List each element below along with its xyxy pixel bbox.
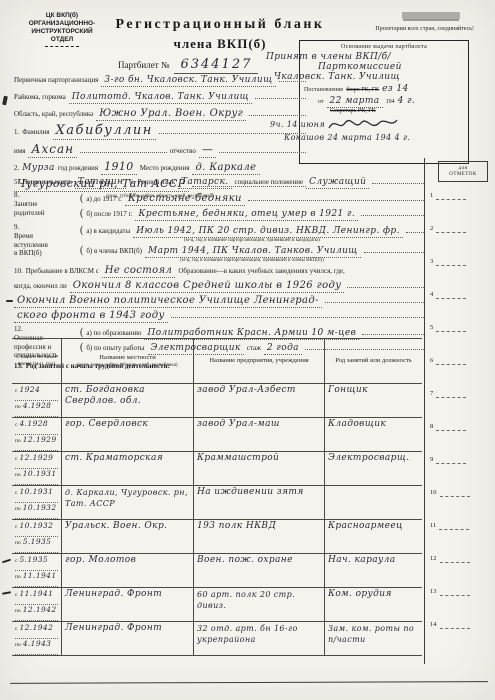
blank-line xyxy=(440,621,470,629)
handwritten-value: 5.1935 xyxy=(23,537,52,546)
resolution-struck-text: бюро РК, ГК xyxy=(346,87,379,95)
title-line1: Регистрационный бланк xyxy=(100,17,340,33)
note-number: 13 xyxy=(430,588,437,595)
note-slot: 8 xyxy=(430,423,490,456)
cell-locality: Ленинград. Фронт xyxy=(62,622,194,655)
date-from: с4.1928 xyxy=(15,419,58,435)
blank-line xyxy=(440,489,470,497)
cell-role: Кладовщик xyxy=(325,418,422,451)
blank-line xyxy=(440,555,470,563)
sub-line-b: б) в члены ВКП(б) Март 1944, ПК Чкалов. … xyxy=(80,243,424,258)
note-slot: 13 xyxy=(430,588,490,621)
handwritten-value: 60 арт. полк 20 стр. дивиз. xyxy=(197,589,321,611)
table-row: с10.1932 по5.1935 Уральск. Воен. Окр. 19… xyxy=(12,520,422,554)
cell-role: Красноармеец xyxy=(325,520,422,553)
from-label: с xyxy=(15,592,17,599)
handwritten-value: 11.1941 xyxy=(23,571,57,580)
table-row: с4.1928 по12.1929 гор. Свердловск завод … xyxy=(12,418,422,452)
handwritten-value: 1910 xyxy=(101,160,137,175)
handwritten-value: 4 г. xyxy=(398,96,416,106)
field-raikom: Райкома, горкома Политотд. Чкалов. Танк.… xyxy=(14,89,306,104)
header-text: Название местности xyxy=(99,354,155,362)
org-block-line: ОРГАНИЗАЦИОННО- xyxy=(16,20,108,28)
cell-locality: д. Каркали, Чугуровск. рн, Тат. АССР xyxy=(62,486,194,519)
scan-mark xyxy=(2,591,11,595)
note-number: 1 xyxy=(430,192,433,199)
note-slot: 4 xyxy=(430,291,490,324)
note-number: 10 xyxy=(430,489,437,496)
handwritten-value: 5.1935 xyxy=(19,555,48,564)
scanned-registration-form: ЦК ВКП(б) ОРГАНИЗАЦИОННО- ИНСТРУКТОРСКИЙ… xyxy=(0,0,495,700)
date-to: по4.1928 xyxy=(15,401,58,417)
handwritten-value: Июль 1942, ПК 20 стр. дивиз. НКВД. Ленин… xyxy=(133,226,403,238)
note-number: 7 xyxy=(430,390,433,397)
blank-line xyxy=(436,258,466,266)
note-number: 8 xyxy=(430,423,433,430)
handwritten-value: ст. Богдановка Свердлов. обл. xyxy=(65,385,190,407)
handwritten-value: 10.1931 xyxy=(19,487,53,496)
field-label: год рождения xyxy=(58,164,98,173)
cell-enterprise: завод Урал-Азбест xyxy=(194,384,325,417)
date-from: с12.1942 xyxy=(15,623,58,639)
cell-enterprise: 60 арт. полк 20 стр. дивиз. xyxy=(194,588,325,621)
note-number: 6 xyxy=(430,357,433,364)
field-label: Область, край, республика xyxy=(14,110,93,119)
handwritten-value: Служащий xyxy=(306,177,369,189)
date-to: по12.1942 xyxy=(15,605,58,621)
blank-line xyxy=(219,143,306,153)
item-number: 2. xyxy=(14,164,19,173)
from-label: с xyxy=(15,388,17,395)
blank-line xyxy=(325,293,424,303)
date-from: с1924 xyxy=(15,385,58,401)
year-printed: 194 xyxy=(386,99,395,107)
handwritten-value: 4.1943 xyxy=(23,639,52,648)
org-block-line: ЦК ВКП(б) xyxy=(16,12,108,20)
field-label: Родной язык xyxy=(138,178,175,187)
handwritten-value: Не состоял xyxy=(102,265,176,278)
to-label: по xyxy=(15,540,21,547)
from-label: с xyxy=(15,558,17,565)
sub-line-b: б) после 1917 г. Крестьяне, бедняки, оте… xyxy=(80,206,424,221)
date-from: с12.1929 xyxy=(15,453,58,469)
table-row: с10.1931 по10.1932 д. Каркали, Чугуровск… xyxy=(12,486,422,520)
col-header-period: С какого по какое время (м-ц, год) xyxy=(12,339,62,383)
handwritten-value: Окончил 8 классов Средней школы в 1926 г… xyxy=(70,280,345,293)
field-education-line2: Окончил Военно политическое Училище Лени… xyxy=(14,293,424,308)
notes-label-line: ОТМЕТОК xyxy=(439,172,487,178)
cell-enterprise: завод Урал-маш xyxy=(194,418,325,451)
field-label: в ВКП(б) xyxy=(14,249,76,258)
blank-line xyxy=(436,423,466,431)
handwritten-value: Татарск. xyxy=(178,177,232,189)
issue-box-heading: Основание выдачи партбилета xyxy=(304,44,464,50)
handwritten-value: Окончил Военно политическое Училище Лени… xyxy=(14,295,322,308)
blank-line xyxy=(279,72,306,82)
handwritten-value: Крестьяне-бедняки xyxy=(125,193,245,206)
header-text: С какого по какое время (м-ц, год) xyxy=(14,354,59,368)
handwritten-value: Парткомиссией xyxy=(318,62,464,72)
cell-enterprise: Краммашстрой xyxy=(194,452,325,485)
handwritten-value: Красноармеец xyxy=(328,521,419,532)
handwritten-value: Уральск. Воен. Окр. xyxy=(65,521,190,532)
handwritten-value: Ленинград. Фронт xyxy=(65,623,190,634)
resolution-line: Постановление бюро РК, ГК ез 14 xyxy=(304,84,464,95)
blank-line xyxy=(436,390,466,398)
field-education-line3: ского фронта в 1943 году xyxy=(14,308,424,323)
group-label: 8. Занятие родителей xyxy=(14,191,76,221)
group-lines: а) до 1917 г. Крестьяне-бедняки б) после… xyxy=(80,191,424,221)
cell-role: Нач. караула xyxy=(325,554,422,587)
blank-line xyxy=(362,325,424,335)
handwritten-value: 12.1929 xyxy=(19,453,53,462)
form-number-smudge xyxy=(402,12,460,19)
field-surname: 1. Фамилия Хабибуллин xyxy=(14,123,306,140)
handwritten-value: д. Каркали, Чугуровск. рн, Тат. АССР xyxy=(65,487,190,509)
header-caption: (село, город, район, область, край, респ… xyxy=(77,363,177,368)
cell-locality: ст. Богдановка Свердлов. обл. xyxy=(62,384,194,417)
slogan: Пролетарии всех стран, соединяйтесь! xyxy=(318,26,474,32)
field-label: Место рождения xyxy=(140,164,190,173)
field-label: отчество xyxy=(170,147,196,156)
handwritten-value: Принят в члены ВКП/б/ xyxy=(266,52,464,62)
blank-line xyxy=(436,456,466,464)
field-label: б) после 1917 г. xyxy=(86,210,132,219)
field-label: Образование—в каких учебных заведениях у… xyxy=(178,267,344,276)
handwritten-value: 4.1928 xyxy=(19,419,48,428)
handwritten-value: 32 отд. арт. бн 16-го укрепрайона xyxy=(197,623,321,645)
blank-line xyxy=(406,223,424,233)
cell-period: с12.1929 по10.1931 xyxy=(12,452,62,485)
handwritten-value: Татарин xyxy=(75,177,127,189)
field-label: Райкома, горкома xyxy=(14,93,66,102)
handwritten-value: Ком. орудия xyxy=(328,589,419,600)
date-to: по12.1929 xyxy=(15,435,58,451)
col-header-role: Род занятий или должность xyxy=(325,339,422,383)
from-label: с xyxy=(15,524,17,531)
item-number: 10. xyxy=(14,267,23,276)
field-caption: (м-ц, год и название парторганизации, пр… xyxy=(80,258,424,263)
handwritten-value: 1924 xyxy=(19,385,40,394)
cell-locality: Ленинград. Фронт xyxy=(62,588,194,621)
handwritten-value: Мурза xyxy=(22,163,54,173)
blank-line xyxy=(249,106,306,116)
to-label: по xyxy=(15,574,21,581)
blank-line xyxy=(364,243,424,253)
cell-period: с10.1931 по10.1932 xyxy=(12,486,62,519)
handwritten-value: 22 марта xyxy=(327,96,383,108)
item-number: 5. xyxy=(14,178,19,187)
handwritten-value: Зам. ком. роты по п/части xyxy=(328,623,419,645)
to-label: по xyxy=(15,506,21,513)
handwritten-value: ез 14 xyxy=(382,84,409,94)
field-primary-org: Первичная парторганизация 3-го бн. Чкало… xyxy=(14,72,306,87)
field-party-entry: 9. Время вступления в ВКП(б) а) в кандид… xyxy=(14,223,424,263)
resolution-label: Постановление xyxy=(304,87,343,95)
cell-enterprise: 32 отд. арт. бн 16-го укрепрайона xyxy=(194,622,325,655)
cell-locality: Уральск. Воен. Окр. xyxy=(62,520,194,553)
cell-period: с10.1932 по5.1935 xyxy=(12,520,62,553)
item-number: 6. xyxy=(129,178,134,187)
date-to: по10.1932 xyxy=(15,503,58,519)
field-parents-occupation: 8. Занятие родителей а) до 1917 г. Крест… xyxy=(14,191,424,221)
handwritten-value: Хабибуллин xyxy=(53,123,156,140)
blank-line xyxy=(372,174,424,184)
item-number: 8. xyxy=(14,191,76,200)
blank-line xyxy=(436,291,466,299)
blank-line xyxy=(171,308,424,318)
note-number: 9 xyxy=(430,456,433,463)
sub-line-a: а) до 1917 г. Крестьяне-бедняки xyxy=(80,191,424,206)
field-label: когда, окончил ли xyxy=(14,282,67,291)
cell-role: Электросварщ. xyxy=(325,452,422,485)
table-row: с5.1935 по11.1941 гор. Молотов Воен. пож… xyxy=(12,554,422,588)
employment-table: С какого по какое время (м-ц, год) Назва… xyxy=(12,338,422,656)
handwritten-value: Ленинград. Фронт xyxy=(65,589,190,600)
note-number: 2 xyxy=(430,225,433,232)
scan-mark xyxy=(2,96,8,106)
group-label: 9. Время вступления в ВКП(б) xyxy=(14,223,76,263)
field-name-patronymic: имя Ахсан отчество — xyxy=(14,142,306,158)
table-row: с12.1929 по10.1931 ст. Краматорская Крам… xyxy=(12,452,422,486)
col-header-enterprise: Название предприятия, учреждения xyxy=(194,339,325,383)
date-to: по5.1935 xyxy=(15,537,58,553)
cell-enterprise: 193 полк НКВД xyxy=(194,520,325,553)
to-label: по xyxy=(15,438,21,445)
note-slot: 1 xyxy=(430,192,490,225)
note-number: 12 xyxy=(430,555,437,562)
handwritten-value: ского фронта в 1943 году xyxy=(14,310,168,323)
note-number: 5 xyxy=(430,324,433,331)
cell-role xyxy=(325,486,422,519)
note-slot: 2 xyxy=(430,225,490,258)
date-from: с11.1941 xyxy=(15,589,58,605)
cell-enterprise: На иждивении зятя xyxy=(194,486,325,519)
handwritten-value: 10.1931 xyxy=(23,469,57,478)
handwritten-value: гор. Молотов xyxy=(65,555,190,566)
item-number: 9. xyxy=(14,223,76,232)
notes-number-list: 1 2 3 4 5 6 7 8 9 10 11 12 13 14 xyxy=(430,192,490,654)
header-text: Род занятий или должность xyxy=(335,357,411,365)
field-label: а) до 1917 г. xyxy=(86,195,122,204)
handwritten-value: Крестьяне, бедняки, отец умер в 1921 г. xyxy=(135,209,358,221)
blank-line xyxy=(80,143,167,153)
cell-locality: ст. Краматорская xyxy=(62,452,194,485)
handwritten-value: 10.1932 xyxy=(19,521,53,530)
handwritten-value: 11.1941 xyxy=(19,589,53,598)
note-number: 4 xyxy=(430,291,433,298)
field-label: а) в кандидаты xyxy=(86,227,130,236)
cell-period: с11.1941 по12.1942 xyxy=(12,588,62,621)
cell-period: с12.1942 по4.1943 xyxy=(12,622,62,655)
table-row: с1924 по4.1928 ст. Богдановка Свердлов. … xyxy=(12,384,422,418)
note-slot: 3 xyxy=(430,258,490,291)
cell-role: Ком. орудия xyxy=(325,588,422,621)
to-label: по xyxy=(15,404,21,411)
blank-line xyxy=(159,124,306,134)
blank-line xyxy=(361,206,424,216)
table-row: с11.1941 по12.1942 Ленинград. Фронт 60 а… xyxy=(12,588,422,622)
date-from: с5.1935 xyxy=(15,555,58,571)
handwritten-value: 4.1928 xyxy=(23,401,52,410)
col-header-locality: Название местности (село, город, район, … xyxy=(62,339,194,383)
field-label: вступления xyxy=(14,241,76,250)
blank-line xyxy=(255,89,306,99)
field-label: родителей xyxy=(14,209,76,218)
field-region: Область, край, республика Южно Урал. Вое… xyxy=(14,106,306,121)
field-label: Время xyxy=(14,232,76,241)
note-slot: 10 xyxy=(430,489,490,522)
handwritten-value: 193 полк НКВД xyxy=(197,521,321,532)
notes-column-rule xyxy=(424,158,425,664)
date-from: с10.1931 xyxy=(15,487,58,503)
field-birth: 2. Мурза год рождения 1910 Место рождени… xyxy=(14,160,306,175)
cell-locality: гор. Молотов xyxy=(62,554,194,587)
note-slot: 14 xyxy=(430,621,490,654)
field-label: Пребывание в ВЛКСМ с xyxy=(26,267,99,276)
item-number: 12. xyxy=(14,325,76,334)
blank-line xyxy=(347,278,424,288)
handwritten-value: Воен. пож. охране xyxy=(197,555,321,566)
note-slot: 11 xyxy=(430,522,490,555)
from-label: с xyxy=(15,490,17,497)
handwritten-value: Краммашстрой xyxy=(197,453,321,464)
blank-line xyxy=(439,522,469,530)
to-label: по xyxy=(15,608,21,615)
blank-line xyxy=(248,191,424,201)
note-number: 11 xyxy=(430,522,436,529)
org-block-line: ОТДЕЛ xyxy=(16,36,108,44)
note-slot: 6 xyxy=(430,357,490,390)
handwritten-value: Март 1944, ПК Чкалов. Танков. Училищ xyxy=(145,246,361,258)
date-to: по10.1931 xyxy=(15,469,58,485)
to-label: по xyxy=(15,642,21,649)
cell-period: с5.1935 по11.1941 xyxy=(12,554,62,587)
blank-line xyxy=(436,192,466,200)
handwritten-value: Ахсан xyxy=(28,142,77,158)
handwritten-value: 12.1942 xyxy=(23,605,57,614)
partbilet-label: Партбилет № xyxy=(118,60,169,70)
group-lines: а) в кандидаты Июль 1942, ПК 20 стр. див… xyxy=(80,223,424,263)
handwritten-value: 12.1929 xyxy=(23,435,57,444)
table-header-row: С какого по какое время (м-ц, год) Назва… xyxy=(12,339,422,384)
handwritten-value: Кокашов 24 марта 194 4 г. xyxy=(284,133,464,142)
handwritten-value: На иждивении зятя xyxy=(197,487,321,498)
blank-line xyxy=(436,357,466,365)
field-label: а) по образованию xyxy=(86,329,141,338)
cell-locality: гор. Свердловск xyxy=(62,418,194,451)
secretary-signature xyxy=(327,115,399,133)
from-label: от xyxy=(318,99,324,107)
note-number: 14 xyxy=(430,621,437,628)
handwritten-value: 12.1942 xyxy=(19,623,53,632)
to-label: по xyxy=(15,472,21,479)
handwritten-value: Политотд. Чкалов. Танк. Училищ xyxy=(69,92,252,104)
note-number: 3 xyxy=(430,258,433,265)
resolution-date-line: от 22 марта 194 4 г. xyxy=(304,96,464,108)
handwritten-value: Электросварщ. xyxy=(328,453,419,464)
handwritten-value: завод Урал-маш xyxy=(197,419,321,430)
handwritten-value: Нач. караула xyxy=(328,555,419,566)
field-label: б) в члены ВКП(б) xyxy=(86,247,142,256)
from-label: с xyxy=(15,422,17,429)
field-label: Первичная парторганизация xyxy=(14,76,98,85)
header-text: Название предприятия, учреждения xyxy=(209,357,308,365)
cell-role: Зам. ком. роты по п/части xyxy=(325,622,422,655)
blank-line xyxy=(436,225,466,233)
field-education-line1: когда, окончил ли Окончил 8 классов Сред… xyxy=(14,278,424,293)
scan-mark xyxy=(6,300,13,302)
notes-column-label: для ОТМЕТОК xyxy=(438,161,488,182)
bottom-rule xyxy=(10,681,488,684)
cell-role: Гонщик xyxy=(325,384,422,417)
table-row: с12.1942 по4.1943 Ленинград. Фронт 32 от… xyxy=(12,622,422,656)
handwritten-value: — xyxy=(199,143,216,158)
cell-enterprise: Воен. пож. охране xyxy=(194,554,325,587)
handwritten-value: 10.1932 xyxy=(23,503,57,512)
handwritten-value: Гонщик xyxy=(328,385,419,396)
scan-mark xyxy=(2,559,11,564)
secretary-struck-text: Секретарь РК, ГК xyxy=(330,108,464,116)
field-label: Фамилия xyxy=(22,128,49,137)
date-to: по4.1943 xyxy=(15,639,58,655)
note-slot: 5 xyxy=(430,324,490,357)
from-label: с xyxy=(15,626,17,633)
field-komsomol: 10. Пребывание в ВЛКСМ с Не состоял Обра… xyxy=(14,265,424,278)
field-label: Национальность xyxy=(22,178,72,187)
field-label: имя xyxy=(14,147,25,156)
item-number: 1. xyxy=(14,128,19,137)
handwritten-value: завод Урал-Азбест xyxy=(197,385,321,396)
cell-period: с1924 по4.1928 xyxy=(12,384,62,417)
note-slot: 9 xyxy=(430,456,490,489)
date-from: с10.1932 xyxy=(15,521,58,537)
handwritten-value: гор. Свердловск xyxy=(65,419,190,430)
field-label: Занятие xyxy=(14,200,76,209)
org-block-line: ИНСТРУКТОРСКИЙ xyxy=(16,28,108,36)
from-label: с xyxy=(15,456,17,463)
note-slot: 12 xyxy=(430,555,490,588)
sub-line-a: а) в кандидаты Июль 1942, ПК 20 стр. див… xyxy=(80,223,424,238)
note-slot: 7 xyxy=(430,390,490,423)
blank-line xyxy=(440,588,470,596)
field-nationality: 5. Национальность Татарин 6. Родной язык… xyxy=(14,174,424,189)
divider xyxy=(45,46,79,47)
date-to: по11.1941 xyxy=(15,571,58,587)
handwritten-value: Кладовщик xyxy=(328,419,419,430)
org-block: ЦК ВКП(б) ОРГАНИЗАЦИОННО- ИНСТРУКТОРСКИЙ… xyxy=(16,12,108,47)
issue-box: Основание выдачи партбилета Принят в чле… xyxy=(299,40,469,164)
handwritten-value: Южно Урал. Воен. Округ xyxy=(96,108,246,121)
field-label: социальное положение xyxy=(235,178,304,187)
blank-line xyxy=(436,324,466,332)
handwritten-value: 3-го бн. Чкаловск. Танк. Училищ xyxy=(101,75,275,87)
cell-period: с4.1928 по12.1929 xyxy=(12,418,62,451)
handwritten-value: ст. Краматорская xyxy=(65,453,190,464)
